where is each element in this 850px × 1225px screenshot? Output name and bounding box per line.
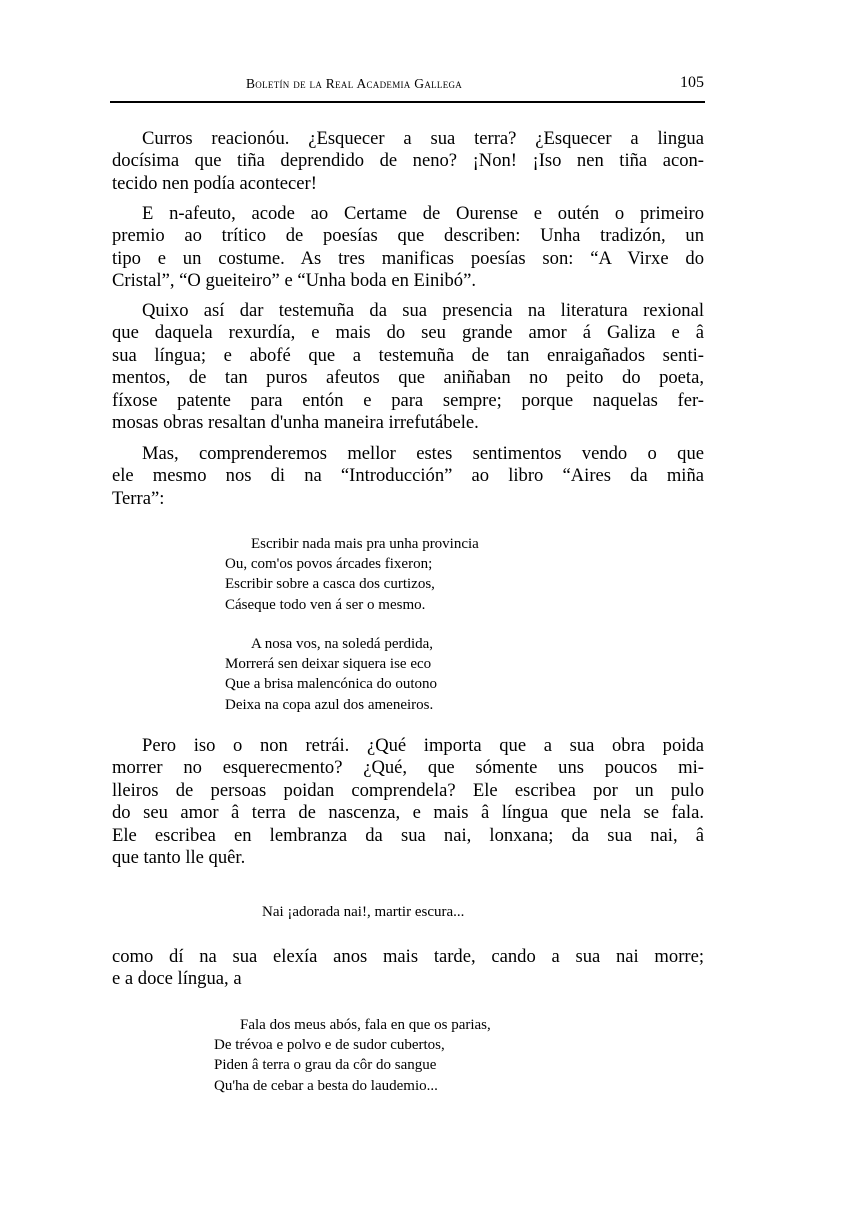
- text-line: E n-afeuto, acode ao Certame de Ourense …: [112, 203, 704, 225]
- text-line: como dí na sua elexía anos mais tarde, c…: [112, 946, 704, 968]
- text-line: Quixo así dar testemuña da sua presencia…: [112, 300, 704, 322]
- text-line: fíxose patente para entón e para sempre;…: [112, 390, 704, 412]
- text-line: mosas obras resaltan d'unha maneira irre…: [112, 412, 704, 434]
- text-line: do seu amor â terra de nascenza, e mais …: [112, 802, 704, 824]
- verse-line: Morrerá sen deixar siquera ise eco: [225, 654, 437, 674]
- verse-line: Ou, com'os povos árcades fixeron;: [225, 554, 479, 574]
- text-line: Ele escribea en lembranza da sua nai, lo…: [112, 825, 704, 847]
- text-line: premio ao trítico de poesías que describ…: [112, 225, 704, 247]
- paragraph-5: Pero iso o non retrái. ¿Qué importa que …: [112, 735, 704, 869]
- paragraph-1: Curros reacionóu. ¿Esquecer a sua terra?…: [112, 128, 704, 195]
- text-line: ele mesmo nos di na “Introducción” ao li…: [112, 465, 704, 487]
- text-line: Pero iso o non retrái. ¿Qué importa que …: [112, 735, 704, 757]
- document-page: Boletín de la Real Academia Gallega 105 …: [0, 0, 850, 1225]
- page-number: 105: [680, 74, 704, 92]
- text-line: Cristal”, “O gueiteiro” e “Unha boda en …: [112, 270, 704, 292]
- text-line: Terra”:: [112, 488, 704, 510]
- header-rule: [110, 101, 705, 103]
- paragraph-2: E n-afeuto, acode ao Certame de Ourense …: [112, 203, 704, 293]
- text-line: que tanto lle quêr.: [112, 847, 704, 869]
- text-line: Mas, comprenderemos mellor estes sentime…: [112, 443, 704, 465]
- running-header: Boletín de la Real Academia Gallega 105: [110, 72, 706, 96]
- text-line: Curros reacionóu. ¿Esquecer a sua terra?…: [112, 128, 704, 150]
- text-line: sua língua; e abofé que a testemuña de t…: [112, 345, 704, 367]
- journal-title: Boletín de la Real Academia Gallega: [246, 76, 462, 92]
- verse-line: Deixa na copa azul dos ameneiros.: [225, 695, 437, 715]
- verse-line: De trévoa e polvo e de sudor cubertos,: [214, 1035, 491, 1055]
- text-line: tipo e un costume. As tres manificas poe…: [112, 248, 704, 270]
- text-line: mentos, de tan puros afeutos que aniñaba…: [112, 367, 704, 389]
- verse-stanza-1: Escribir nada mais pra unha provincia Ou…: [225, 534, 479, 615]
- verse-quote: Nai ¡adorada nai!, martir escura...: [262, 902, 464, 922]
- text-line: lleiros de persoas poidan comprendela? E…: [112, 780, 704, 802]
- verse-line: Escribir sobre a casca dos curtizos,: [225, 574, 479, 594]
- verse-stanza-2: A nosa vos, na soledá perdida, Morrerá s…: [225, 634, 437, 715]
- verse-line: Que a brisa malencónica do outono: [225, 674, 437, 694]
- verse-line: Escribir nada mais pra unha provincia: [225, 534, 479, 554]
- text-line: que daquela rexurdía, e mais do seu gran…: [112, 322, 704, 344]
- verse-line: Piden â terra o grau da côr do sangue: [214, 1055, 491, 1075]
- text-line: docísima que tiña deprendido de neno? ¡N…: [112, 150, 704, 172]
- text-line: tecido nen podía acontecer!: [112, 173, 704, 195]
- verse-line: A nosa vos, na soledá perdida,: [225, 634, 437, 654]
- verse-line: Fala dos meus abós, fala en que os paria…: [214, 1015, 491, 1035]
- verse-line: Qu'ha de cebar a besta do laudemio...: [214, 1076, 491, 1096]
- verse-line: Cáseque todo ven á ser o mesmo.: [225, 595, 479, 615]
- verse-line: Nai ¡adorada nai!, martir escura...: [262, 902, 464, 922]
- paragraph-4: Mas, comprenderemos mellor estes sentime…: [112, 443, 704, 510]
- paragraph-3: Quixo así dar testemuña da sua presencia…: [112, 300, 704, 434]
- text-line: e a doce língua, a: [112, 968, 704, 990]
- verse-stanza-3: Fala dos meus abós, fala en que os paria…: [214, 1015, 491, 1096]
- paragraph-6: como dí na sua elexía anos mais tarde, c…: [112, 946, 704, 991]
- text-line: morrer no esquerecmento? ¿Qué, que sómen…: [112, 757, 704, 779]
